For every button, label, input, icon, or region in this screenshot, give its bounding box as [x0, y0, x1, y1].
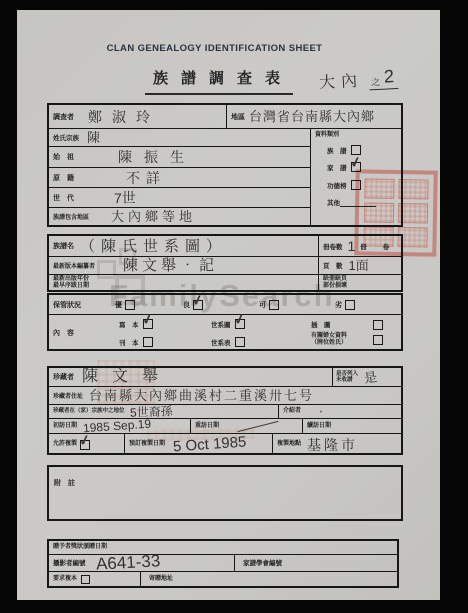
volumes-unit-ce: 冊 [360, 242, 367, 251]
illustrations-checkbox: ✓ [373, 320, 383, 330]
scanned-document-photo: FamilySearch CLAN GENEALOGY IDENTIFICATI… [0, 0, 468, 613]
category-gongdebang-label: 功德榜 [327, 181, 347, 190]
preface-date-label: 最早序跋日期 [53, 283, 89, 290]
copy-date-value: 5 Oct 1985 [173, 434, 247, 454]
copy-request-cell: 要求複本 ✓ [49, 572, 141, 586]
volumes-unit-juan: 卷 [383, 242, 390, 251]
defect-cell: 缺冊缺頁 部份損壞 [319, 275, 401, 290]
volumes-cell: 冊卷數 1 冊 卷 [319, 236, 401, 256]
book-title-row: 族譜名 （陳氏世系圖） 冊卷數 1 冊 卷 [49, 236, 401, 257]
condition-option-fair: 可 ✓ [259, 300, 279, 310]
surveyor-clan-block: 調查者 鄭淑玲 地區 台灣省台南縣大內鄉 姓氏宗族 陳 始 祖 陳振生 原 籍 [47, 103, 403, 227]
award-row: 贈予者獎狀頒贈日期 [49, 541, 397, 555]
women-data-label: 有關婦女資料 [311, 333, 347, 340]
first-visit-cell: 初訪日期 1985 Sep.19 [49, 419, 191, 433]
content-label: 內 容 [53, 328, 119, 338]
category-zupu-label: 族 譜 [327, 146, 347, 155]
copy-request-row: 要求複本 ✓ 寄贈地址 [49, 572, 397, 586]
copy-permit-label: 允許複製 [53, 441, 77, 448]
lineage-table-checkbox: ✓ [235, 337, 245, 347]
good-checkbox: ✓ [193, 300, 203, 310]
copy-date-cell: 預訂複製日期 5 Oct 1985 [125, 434, 273, 455]
notes-label: 附 註 [54, 480, 75, 487]
coverage-value: 大內鄉等地 [111, 210, 196, 223]
region-value: 台灣省台南縣大內鄉 [249, 110, 375, 123]
owner-label: 珍藏者 [53, 372, 74, 382]
poor-label: 劣 [335, 300, 342, 310]
strike-mark [238, 420, 279, 431]
mail-address-label: 寄贈地址 [149, 576, 173, 583]
society-cell: 家譜學會編號 [235, 555, 397, 571]
mail-address-cell: 寄贈地址 [141, 572, 397, 586]
book-info-block: 族譜名 （陳氏世系圖） 冊卷數 1 冊 卷 最新版本編纂者 陳文舉‧記 頁 數 … [47, 234, 403, 292]
category-option-other: 其他 [327, 198, 397, 207]
surveyor-value: 鄭淑玲 [88, 110, 160, 124]
owner-row: 珍藏者 陳文舉 是否列入 未收譜 是 [49, 368, 401, 387]
content-option-illustrations: 插 圖 ✓ [311, 320, 383, 330]
pub-year-label: 最新出版年份 [53, 276, 89, 283]
address-label: 珍藏者住址 [53, 391, 83, 400]
category-jiapu-checkbox: ✓ [351, 162, 361, 172]
volumes-value: 1 [348, 239, 356, 253]
copy-row: 允許複製 ✓ 預訂複製日期 5 Oct 1985 複製地點 基隆市 [49, 434, 401, 455]
introducer-cell: 介紹者 ‧ [279, 405, 401, 418]
origin-row: 原 籍 不詳 [49, 168, 310, 188]
address-value: 台南縣大內鄉曲溪村二重溪卅七号 [89, 389, 314, 402]
book-title-value: （陳氏世系圖） [80, 239, 227, 254]
other-blank-line [340, 199, 376, 207]
ancestor-value: 陳振生 [118, 150, 196, 164]
publication-cell: 最新出版年份 最早序跋日期 [49, 275, 319, 290]
chinese-title: 族譜調查表 [145, 67, 293, 95]
copy-permit-checkbox: ✓ [80, 440, 90, 450]
compiler-label: 最新版本編纂者 [53, 261, 95, 270]
region-label: 地區 [231, 112, 245, 122]
category-option-gongdebang: 功德榜 ✓ [327, 180, 397, 190]
condition-option-poor: 劣 ✓ [335, 300, 355, 310]
origin-label: 原 籍 [53, 173, 74, 183]
society-label: 家譜學會編號 [243, 560, 282, 567]
book-title-cell: 族譜名 （陳氏世系圖） [49, 236, 319, 256]
next-visit-label: 續訪日期 [307, 423, 331, 430]
fair-checkbox: ✓ [269, 300, 279, 310]
women-data-checkbox: ✓ [373, 335, 383, 345]
position-row: 珍藏者在（家）宗族中之地位 5世裔孫 介紹者 ‧ [49, 405, 401, 419]
pages-value: 1面 [349, 259, 369, 272]
clan-info-area: 姓氏宗族 陳 始 祖 陳振生 原 籍 不詳 世 代 7世 族譜包含地區 大內 [49, 129, 401, 225]
check-mark: ✓ [348, 153, 363, 172]
copy-place-value: 基隆市 [307, 438, 358, 452]
page-note-underlined: 之 2 [368, 66, 398, 90]
revisit-cell: 重訪日期 [191, 419, 303, 433]
manuscript-checkbox: ✓ [143, 319, 153, 329]
printed-label: 刊 本 [119, 338, 139, 347]
listed-label-2: 未收譜 [336, 377, 358, 383]
form-page: FamilySearch CLAN GENEALOGY IDENTIFICATI… [17, 10, 440, 600]
pages-label: 頁 數 [323, 261, 343, 270]
first-visit-value: 1985 Sep.19 [83, 418, 152, 435]
introducer-label: 介紹者 [283, 408, 301, 415]
introducer-value: ‧ [319, 406, 323, 418]
content-col1: 寫 本 ✓ 刊 本 ✓ [119, 319, 211, 347]
coverage-label: 族譜包含地區 [53, 212, 89, 221]
ancestor-row: 始 祖 陳振生 [49, 147, 310, 168]
book-title-label: 族譜名 [53, 241, 74, 251]
clan-row: 姓氏宗族 陳 [49, 129, 310, 147]
owner-value: 陳文舉 [82, 369, 172, 385]
region-cell: 地區 台灣省台南縣大內鄉 [227, 105, 401, 128]
lineage-table-label: 世系表 [211, 338, 231, 347]
copy-request-checkbox: ✓ [81, 575, 90, 584]
position-cell: 珍藏者在（家）宗族中之地位 5世裔孫 [49, 405, 279, 418]
volumes-label: 冊卷數 [323, 242, 343, 251]
clan-left-column: 姓氏宗族 陳 始 祖 陳振生 原 籍 不詳 世 代 7世 族譜包含地區 大內 [49, 129, 311, 225]
content-col2: 世系圖 ✓ 世系表 ✓ [211, 319, 311, 347]
english-title: CLAN GENEALOGY IDENTIFICATION SHEET [17, 43, 412, 54]
content-option-lineage-table: 世系表 ✓ [211, 337, 311, 347]
photographer-label: 攝影者編號 [53, 560, 86, 567]
data-category-title: 資料類別 [315, 132, 397, 139]
notes-block: 附 註 [47, 465, 403, 521]
copy-place-label: 複製地點 [277, 441, 301, 448]
listed-value: 是 [363, 370, 378, 385]
damage-label: 部份損壞 [323, 283, 347, 290]
surveyor-cell: 調查者 鄭淑玲 [49, 105, 227, 128]
condition-option-good: 良 ✓ [183, 300, 203, 310]
content-option-printed: 刊 本 ✓ [119, 337, 211, 347]
good-label: 良 [183, 300, 190, 310]
listed-cell: 是否列入 未收譜 是 [333, 368, 401, 386]
ancestor-label: 始 祖 [53, 152, 74, 162]
generations-row: 世 代 7世 [49, 188, 310, 208]
category-jiapu-label: 家 譜 [327, 163, 347, 172]
excellent-label: 優 [115, 300, 122, 310]
page-note-of: 之 [371, 75, 381, 88]
copy-permit-cell: 允許複製 ✓ [49, 434, 125, 455]
content-option-manuscript: 寫 本 ✓ [119, 319, 211, 329]
first-visit-label: 初訪日期 [53, 423, 77, 430]
content-row: 內 容 寫 本 ✓ 刊 本 ✓ 世系圖 ✓ 世系表 ✓ [49, 315, 401, 351]
generations-label: 世 代 [53, 193, 74, 203]
coverage-row: 族譜包含地區 大內鄉等地 [49, 208, 310, 225]
pages-cell: 頁 數 1面 [319, 257, 401, 274]
category-other-label: 其他 [327, 198, 340, 207]
content-option-lineage-chart: 世系圖 ✓ [211, 319, 311, 329]
page-note-number: 2 [383, 66, 394, 87]
clan-label: 姓氏宗族 [53, 133, 79, 142]
compiler-value: 陳文舉‧記 [123, 258, 218, 273]
admin-block: 贈予者獎狀頒贈日期 攝影者編號 A641-33 家譜學會編號 要求複本 ✓ 寄贈… [47, 539, 399, 588]
category-option-zupu: 族 譜 ✓ [327, 145, 397, 155]
missing-pages-label: 缺冊缺頁 [323, 276, 347, 283]
page-note-place: 大內 [318, 68, 363, 93]
category-option-jiapu: 家 譜 ✓ [327, 162, 397, 172]
numbers-row: 攝影者編號 A641-33 家譜學會編號 [49, 555, 397, 572]
generations-value: 7世 [114, 191, 136, 205]
position-label: 珍藏者在（家）宗族中之地位 [53, 408, 125, 415]
compiler-row: 最新版本編纂者 陳文舉‧記 頁 數 1面 [49, 257, 401, 275]
lineage-chart-label: 世系圖 [211, 320, 231, 329]
illustrations-label: 插 圖 [311, 320, 331, 329]
handwritten-page-note: 大內 之 2 [318, 66, 398, 93]
owner-cell: 珍藏者 陳文舉 [49, 368, 333, 386]
excellent-checkbox: ✓ [125, 300, 135, 310]
condition-row: 保管狀況 優 ✓ 良 ✓ 可 ✓ 劣 ✓ [49, 295, 401, 315]
poor-checkbox: ✓ [345, 300, 355, 310]
printed-checkbox: ✓ [143, 337, 153, 347]
next-visit-cell: 續訪日期 [303, 419, 401, 433]
copy-place-cell: 複製地點 基隆市 [273, 434, 401, 455]
data-category-column: 資料類別 族 譜 ✓ 家 譜 ✓ 功德榜 ✓ 其他 [311, 129, 401, 225]
content-col3: 插 圖 ✓ 有關婦女資料 （牌位姓氏） ✓ [311, 320, 401, 347]
revisit-label: 重訪日期 [195, 423, 219, 430]
copy-request-label: 要求複本 [53, 576, 77, 583]
origin-value: 不詳 [126, 171, 166, 185]
condition-option-excellent: 優 ✓ [115, 300, 135, 310]
check-mark: ✓ [190, 290, 205, 309]
photographer-cell: 攝影者編號 A641-33 [49, 555, 235, 571]
publication-row: 最新出版年份 最早序跋日期 缺冊缺頁 部份損壞 [49, 275, 401, 290]
compiler-cell: 最新版本編纂者 陳文舉‧記 [49, 257, 319, 274]
position-value: 5世裔孫 [129, 405, 172, 418]
content-option-women-data: 有關婦女資料 （牌位姓氏） ✓ [311, 333, 383, 347]
lineage-chart-checkbox: ✓ [235, 319, 245, 329]
clan-value: 陳 [87, 131, 100, 144]
owner-block: 珍藏者 陳文舉 是否列入 未收譜 是 珍藏者住址 台南縣大內鄉曲溪村二重溪卅七号… [47, 366, 403, 455]
visit-dates-row: 初訪日期 1985 Sep.19 重訪日期 續訪日期 [49, 419, 401, 434]
surveyor-row: 調查者 鄭淑玲 地區 台灣省台南縣大內鄉 [49, 105, 401, 129]
fair-label: 可 [259, 300, 266, 310]
surveyor-label: 調查者 [53, 112, 74, 122]
manuscript-label: 寫 本 [119, 320, 139, 329]
condition-label: 保管狀況 [53, 300, 81, 310]
address-row: 珍藏者住址 台南縣大內鄉曲溪村二重溪卅七号 [49, 387, 401, 405]
copy-date-label: 預訂複製日期 [129, 441, 165, 448]
category-gongdebang-checkbox: ✓ [351, 180, 361, 190]
photographer-value: A641-33 [95, 552, 160, 572]
women-data-sublabel: （牌位姓氏） [311, 340, 347, 347]
award-label: 贈予者獎狀頒贈日期 [53, 544, 107, 551]
condition-content-block: 保管狀況 優 ✓ 良 ✓ 可 ✓ 劣 ✓ 內 容 寫 本 [47, 293, 403, 351]
